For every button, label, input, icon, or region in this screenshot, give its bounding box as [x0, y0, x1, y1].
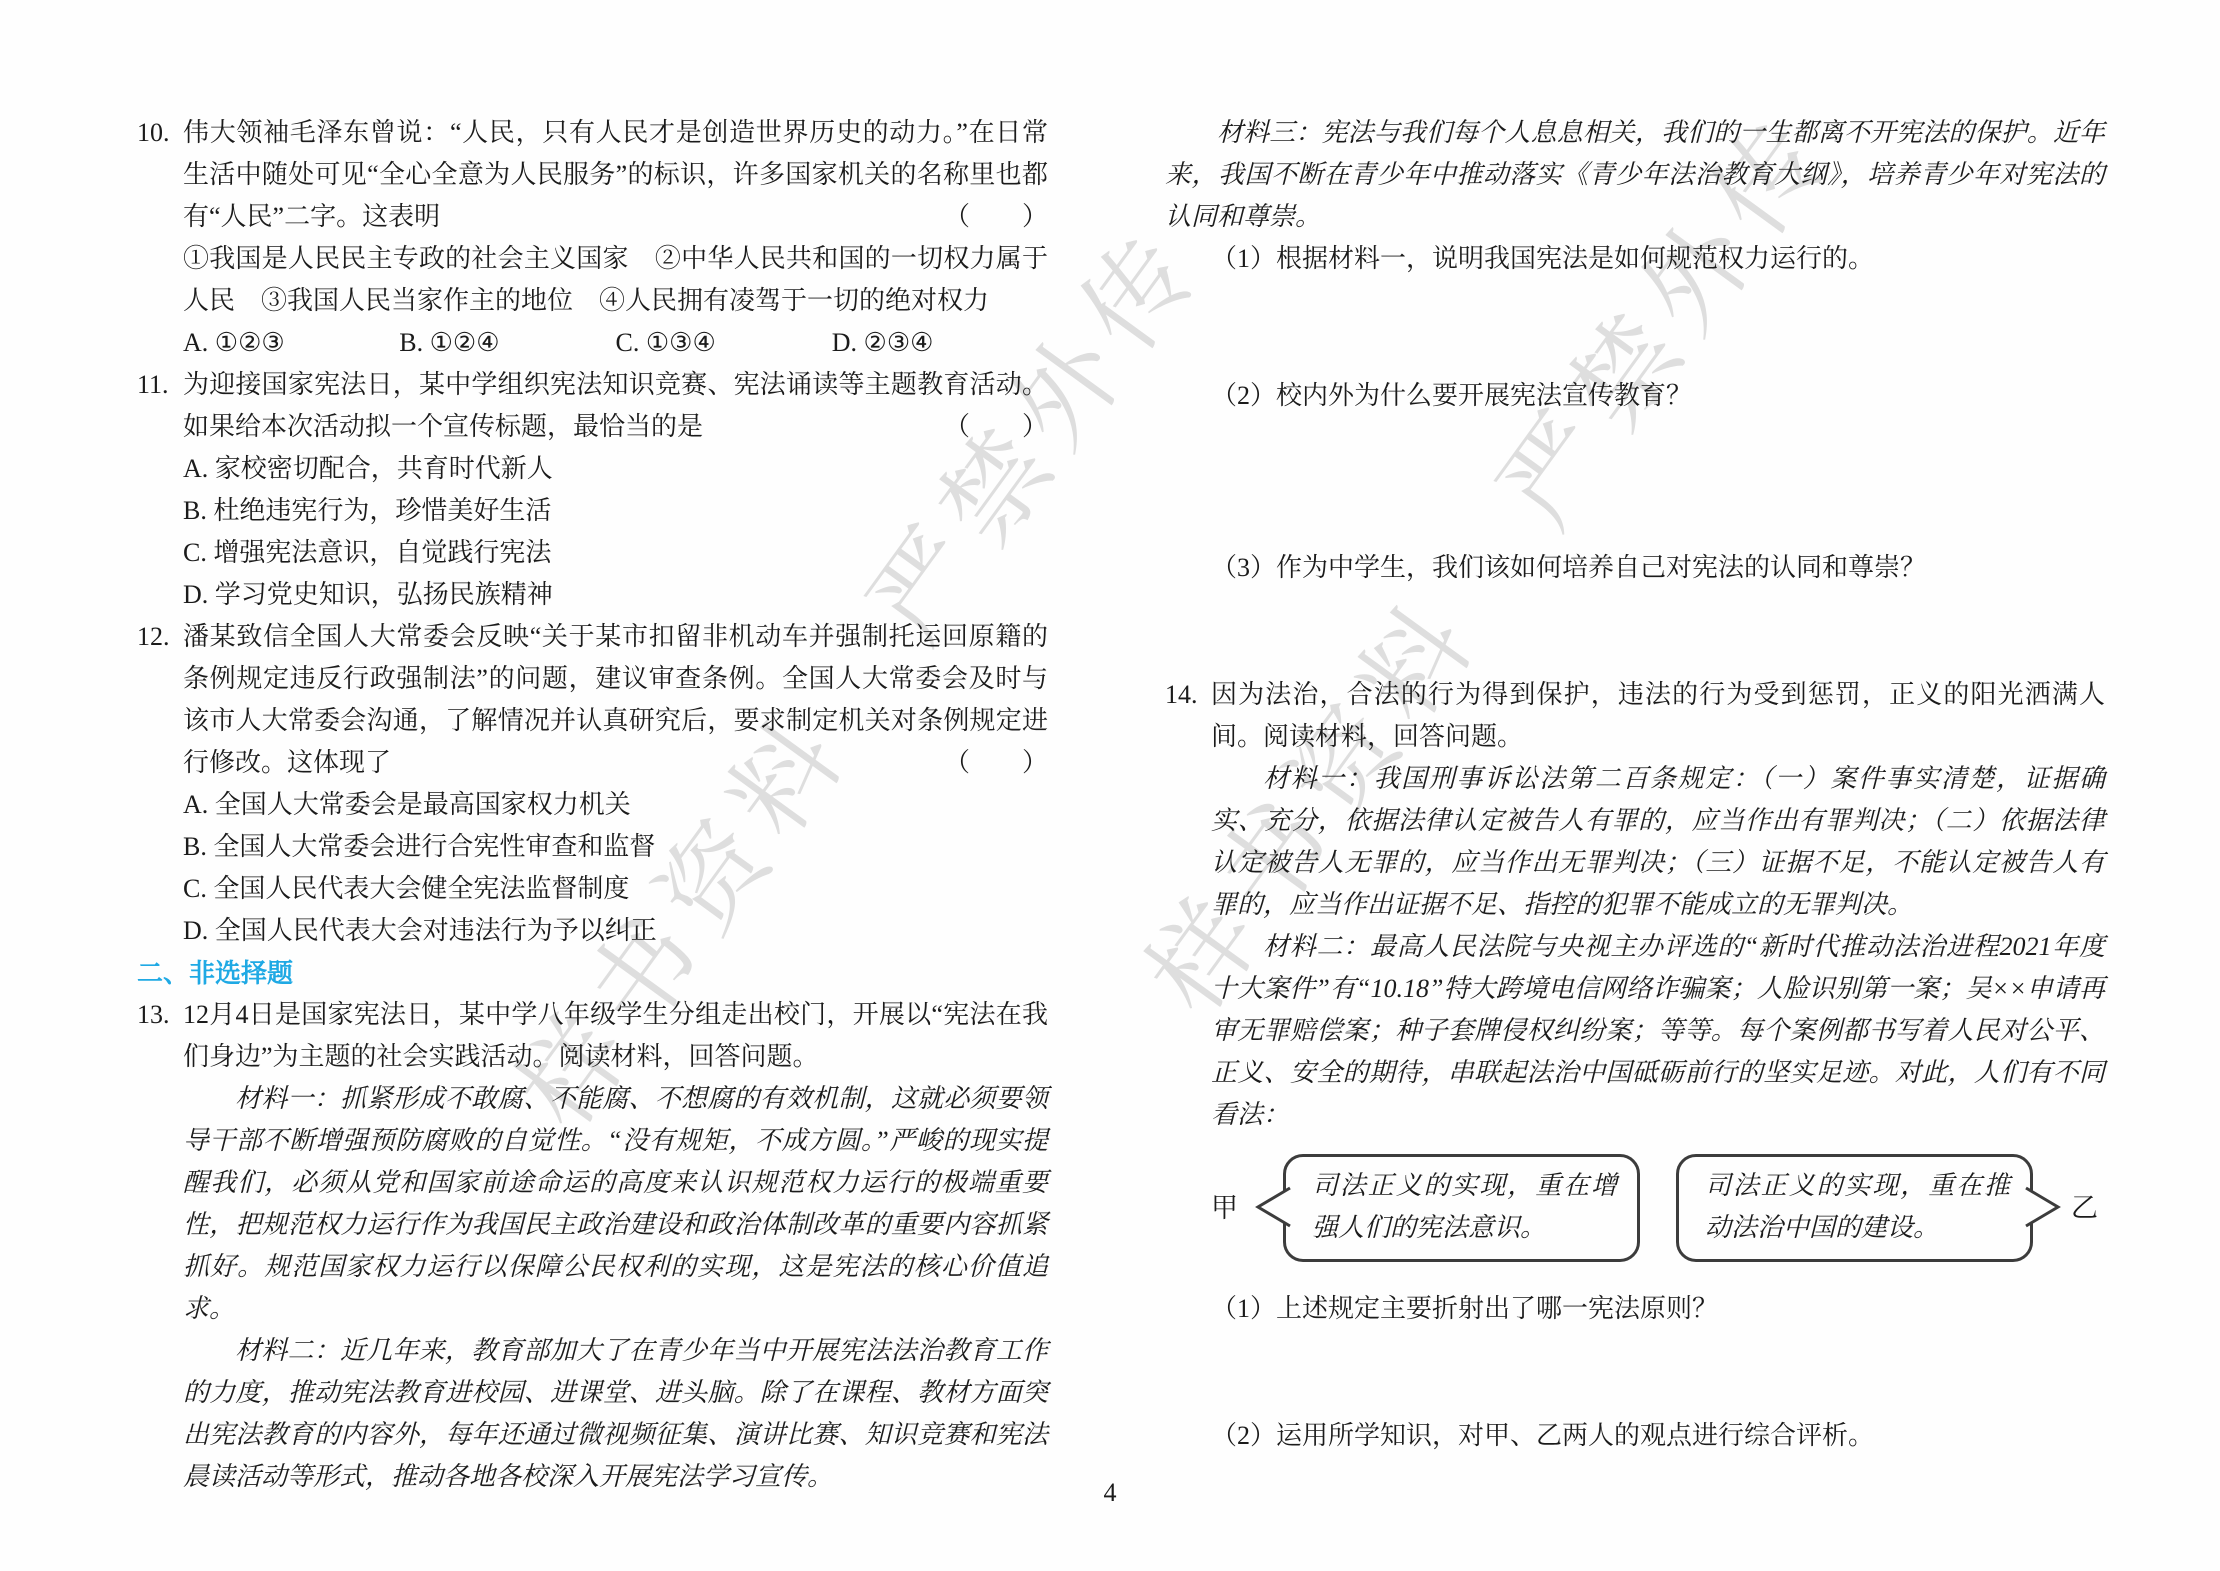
option-text: 全国人民代表大会健全宪法监督制度: [213, 874, 629, 903]
option-label: C.: [183, 874, 207, 903]
material-two: 材料二：最高人民法院与央视主办评选的“新时代推动法治进程2021年度十大案件”有…: [1211, 926, 2105, 1136]
page-number: 4: [0, 1472, 2220, 1514]
question-number: 10.: [137, 112, 183, 154]
question-number: 14.: [1165, 674, 1211, 716]
option-a: A. 家校密切配合，共育时代新人: [183, 448, 1048, 490]
speaker-label-jia: 甲: [1211, 1187, 1245, 1229]
option-text: 全国人大常委会进行合宪性审查和监督: [213, 832, 655, 861]
bubble-tail-left-icon: [1255, 1185, 1291, 1229]
option-label: B.: [399, 328, 423, 357]
bubble-tail-right-icon: [2025, 1185, 2061, 1229]
answer-blank: （ ）: [944, 196, 1048, 238]
question-number: 11.: [137, 364, 183, 406]
material-one: 材料一：抓紧形成不敢腐、不能腐、不想腐的有效机制，这就必须要领导干部不断增强预防…: [183, 1078, 1048, 1330]
speech-bubble-yi: 司法正义的实现，重在推动法治中国的建设。: [1676, 1154, 2033, 1262]
question-text: 伟大领袖毛泽东曾说：“人民，只有人民才是创造世界历史的动力。”在日常生活中随处可…: [183, 118, 1048, 231]
option-c: C. 增强宪法意识，自觉践行宪法: [183, 532, 1048, 574]
question-body: 伟大领袖毛泽东曾说：“人民，只有人民才是创造世界历史的动力。”在日常生活中随处可…: [183, 112, 1048, 238]
page-columns: 10. 伟大领袖毛泽东曾说：“人民，只有人民才是创造世界历史的动力。”在日常生活…: [137, 112, 2105, 1498]
sub-question-1: （1）上述规定主要折射出了哪一宪法原则？: [1211, 1288, 2105, 1330]
bubble-text: 司法正义的实现，重在推动法治中国的建设。: [1705, 1171, 2010, 1242]
question-body: 因为法治，合法的行为得到保护，违法的行为受到惩罚，正义的阳光洒满人间。阅读材料，…: [1211, 674, 2105, 758]
material-three: 材料三：宪法与我们每个人息息相关，我们的一生都离不开宪法的保护。近年来，我国不断…: [1165, 112, 2105, 238]
option-label: C.: [183, 538, 207, 567]
bubble-text: 司法正义的实现，重在增强人们的宪法意识。: [1312, 1171, 1617, 1242]
option-b: B. 全国人大常委会进行合宪性审查和监督: [183, 826, 1048, 868]
right-column: 材料三：宪法与我们每个人息息相关，我们的一生都离不开宪法的保护。近年来，我国不断…: [1165, 112, 2105, 1498]
option-d: D. 全国人民代表大会对违法行为予以纠正: [183, 910, 1048, 952]
answer-space: [1211, 1330, 2105, 1415]
option-label: A.: [183, 328, 208, 357]
material-one: 材料一：我国刑事诉讼法第二百条规定：（一）案件事实清楚，证据确实、充分，依据法律…: [1211, 758, 2105, 926]
option-a: A. ①②③: [183, 322, 399, 364]
option-d: D. 学习党史知识，弘扬民族精神: [183, 574, 1048, 616]
option-label: B.: [183, 832, 207, 861]
option-label: A.: [183, 454, 208, 483]
option-label: D.: [183, 916, 208, 945]
option-text: 全国人大常委会是最高国家权力机关: [215, 790, 631, 819]
option-text: ②③④: [864, 328, 934, 357]
answer-space: [1165, 589, 2105, 674]
question-body: 12月4日是国家宪法日，某中学八年级学生分组走出校门，开展以“宪法在我们身边”为…: [183, 994, 1048, 1078]
option-b: B. ①②④: [399, 322, 615, 364]
option-text: ①③④: [646, 328, 716, 357]
sub-question-2: （2）校内外为什么要开展宪法宣传教育？: [1165, 375, 2105, 417]
answer-space: [1165, 280, 2105, 375]
option-b: B. 杜绝违宪行为，珍惜美好生活: [183, 490, 1048, 532]
option-c: C. ①③④: [616, 322, 832, 364]
question-13-continued: 材料三：宪法与我们每个人息息相关，我们的一生都离不开宪法的保护。近年来，我国不断…: [1165, 112, 2105, 674]
option-text: 全国人民代表大会对违法行为予以纠正: [215, 916, 657, 945]
question-11: 11. 为迎接国家宪法日，某中学组织宪法知识竞赛、宪法诵读等主题教育活动。如果给…: [137, 364, 1048, 616]
option-label: B.: [183, 496, 207, 525]
question-text: 潘某致信全国人大常委会反映“关于某市扣留非机动车并强制托运回原籍的条例规定违反行…: [183, 622, 1048, 777]
opinion-bubbles: 甲 司法正义的实现，重在增强人们的宪法意识。 司法正义的实现，重在推动法治中国的…: [1211, 1154, 2105, 1262]
question-13: 13. 12月4日是国家宪法日，某中学八年级学生分组走出校门，开展以“宪法在我们…: [137, 994, 1048, 1498]
answer-space: [1165, 417, 2105, 547]
question-14: 14. 因为法治，合法的行为得到保护，违法的行为受到惩罚，正义的阳光洒满人间。阅…: [1165, 674, 2105, 1457]
option-text: 学习党史知识，弘扬民族精神: [215, 580, 553, 609]
question-text: 为迎接国家宪法日，某中学组织宪法知识竞赛、宪法诵读等主题教育活动。如果给本次活动…: [183, 370, 1048, 441]
sub-question-3: （3）作为中学生，我们该如何培养自己对宪法的认同和尊崇？: [1165, 547, 2105, 589]
option-d: D. ②③④: [832, 322, 1048, 364]
option-text: ①②④: [430, 328, 500, 357]
option-label: C.: [616, 328, 640, 357]
question-10: 10. 伟大领袖毛泽东曾说：“人民，只有人民才是创造世界历史的动力。”在日常生活…: [137, 112, 1048, 364]
question-number: 13.: [137, 994, 183, 1036]
option-a: A. 全国人大常委会是最高国家权力机关: [183, 784, 1048, 826]
sub-question-2: （2）运用所学知识，对甲、乙两人的观点进行综合评析。: [1211, 1415, 2105, 1457]
numbered-statements: ①我国是人民民主专政的社会主义国家 ②中华人民共和国的一切权力属于人民 ③我国人…: [183, 238, 1048, 322]
option-text: ①②③: [215, 328, 285, 357]
left-column: 10. 伟大领袖毛泽东曾说：“人民，只有人民才是创造世界历史的动力。”在日常生活…: [137, 112, 1048, 1498]
option-label: D.: [183, 580, 208, 609]
question-body: 潘某致信全国人大常委会反映“关于某市扣留非机动车并强制托运回原籍的条例规定违反行…: [183, 616, 1048, 784]
option-label: D.: [832, 328, 857, 357]
answer-blank: （ ）: [944, 406, 1048, 448]
option-text: 杜绝违宪行为，珍惜美好生活: [213, 496, 551, 525]
question-number: 12.: [137, 616, 183, 658]
section-heading-non-choice: 二、非选择题: [137, 952, 1048, 994]
speaker-label-yi: 乙: [2071, 1187, 2105, 1229]
options-row: A. ①②③ B. ①②④ C. ①③④ D. ②③④: [183, 322, 1048, 364]
sub-question-1: （1）根据材料一，说明我国宪法是如何规范权力运行的。: [1165, 238, 2105, 280]
speech-bubble-jia: 司法正义的实现，重在增强人们的宪法意识。: [1283, 1154, 1640, 1262]
option-text: 增强宪法意识，自觉践行宪法: [213, 538, 551, 567]
option-label: A.: [183, 790, 208, 819]
question-body: 为迎接国家宪法日，某中学组织宪法知识竞赛、宪法诵读等主题教育活动。如果给本次活动…: [183, 364, 1048, 448]
question-12: 12. 潘某致信全国人大常委会反映“关于某市扣留非机动车并强制托运回原籍的条例规…: [137, 616, 1048, 952]
answer-blank: （ ）: [944, 742, 1048, 784]
exam-page: 样书资料 严禁外传 样书资料 严禁外传 10. 伟大领袖毛泽东曾说：“人民，只有…: [0, 0, 2220, 1571]
option-c: C. 全国人民代表大会健全宪法监督制度: [183, 868, 1048, 910]
option-text: 家校密切配合，共育时代新人: [215, 454, 553, 483]
